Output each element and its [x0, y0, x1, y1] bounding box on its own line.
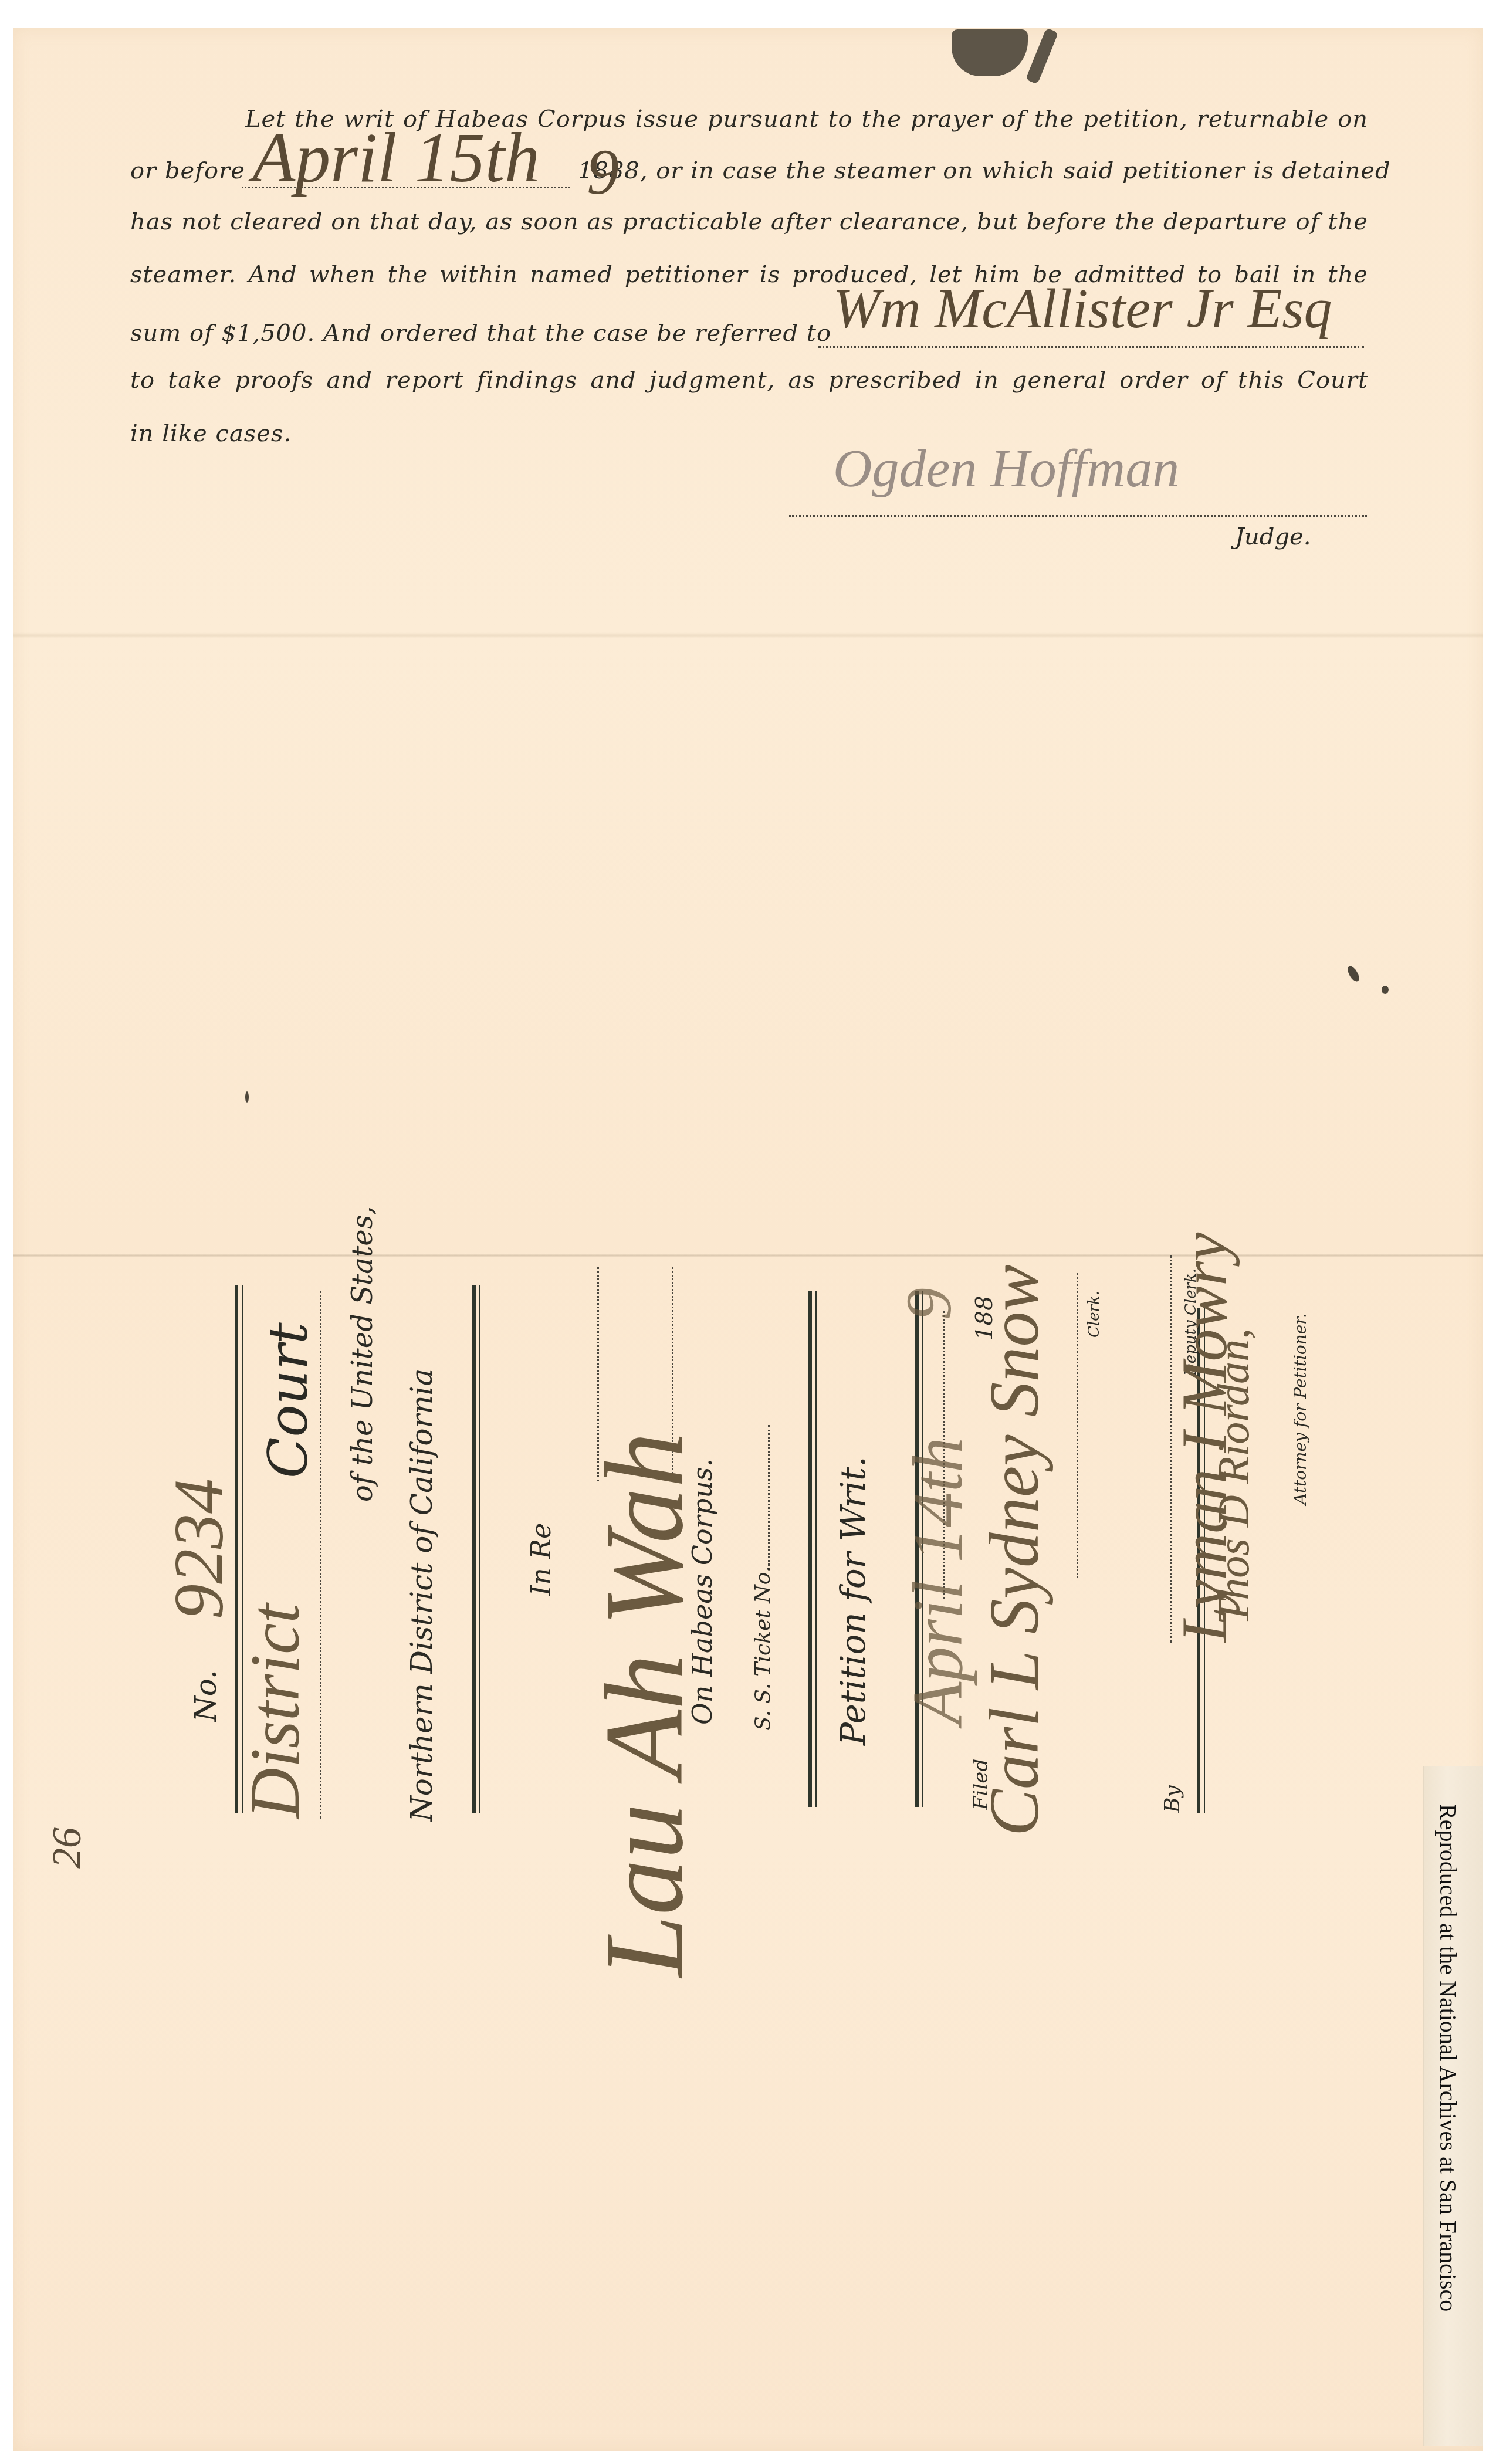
order-line-2b: 1888, or in case the steamer on which sa…	[578, 157, 1368, 184]
archive-stamp: Reproduced at the National Archives at S…	[1434, 1804, 1462, 2311]
district-label: Northern District of California	[405, 1369, 439, 1822]
petition-title: Petition for Writ.	[833, 1456, 873, 1745]
in-re-label: In Re	[525, 1523, 557, 1596]
handwritten-return-date: April 15th	[252, 117, 540, 198]
order-line-3: has not cleared on that day, as soon as …	[130, 208, 1368, 235]
ss-ticket-label: S. S. Ticket No.	[751, 1425, 775, 1731]
by-label: By	[1160, 1785, 1184, 1813]
dotted-rule	[320, 1291, 321, 1819]
order-line-6: to take proofs and report findings and j…	[130, 367, 1368, 394]
court-label: Court	[257, 1322, 320, 1478]
handwritten-year-correction: 9	[587, 135, 619, 209]
margin-note: 26	[44, 1827, 91, 1869]
attorney-label: Attorney for Petitioner.	[1291, 1313, 1310, 1505]
order-line-7: in like cases.	[130, 420, 1368, 447]
case-number-handwritten: 9234	[158, 1478, 239, 1619]
judge-signature-line	[789, 515, 1367, 517]
judge-signature: Ogden Hoffman	[833, 437, 1179, 499]
double-rule	[808, 1291, 817, 1807]
attorney-signature-2: Thos D Riordan,	[1209, 1328, 1260, 1625]
filed-year-handwritten: 9	[892, 1288, 966, 1320]
double-rule	[472, 1285, 480, 1813]
on-habeas-corpus: On Habeas Corpus.	[686, 1458, 718, 1725]
judge-label: Judge.	[1235, 523, 1311, 550]
dotted-rule	[1077, 1273, 1078, 1578]
clerk-signature: Carl L Sydney Snow	[974, 1265, 1055, 1836]
of-united-states: of the United States,	[346, 1206, 379, 1502]
fold-line-upper	[13, 632, 1483, 638]
fold-line-middle	[13, 1254, 1483, 1257]
court-name-handwritten: District	[235, 1603, 316, 1819]
or-before-label: or before	[130, 157, 245, 184]
clerk-label: Clerk.	[1085, 1291, 1103, 1338]
referee-field	[818, 346, 1364, 348]
filed-date-handwritten: April 14th	[898, 1437, 979, 1725]
case-number-label: No.	[189, 1670, 223, 1722]
handwritten-referee: Wm McAllister Jr Esq	[833, 276, 1332, 341]
ink-speck	[1382, 986, 1389, 994]
ink-speck	[245, 1091, 249, 1103]
